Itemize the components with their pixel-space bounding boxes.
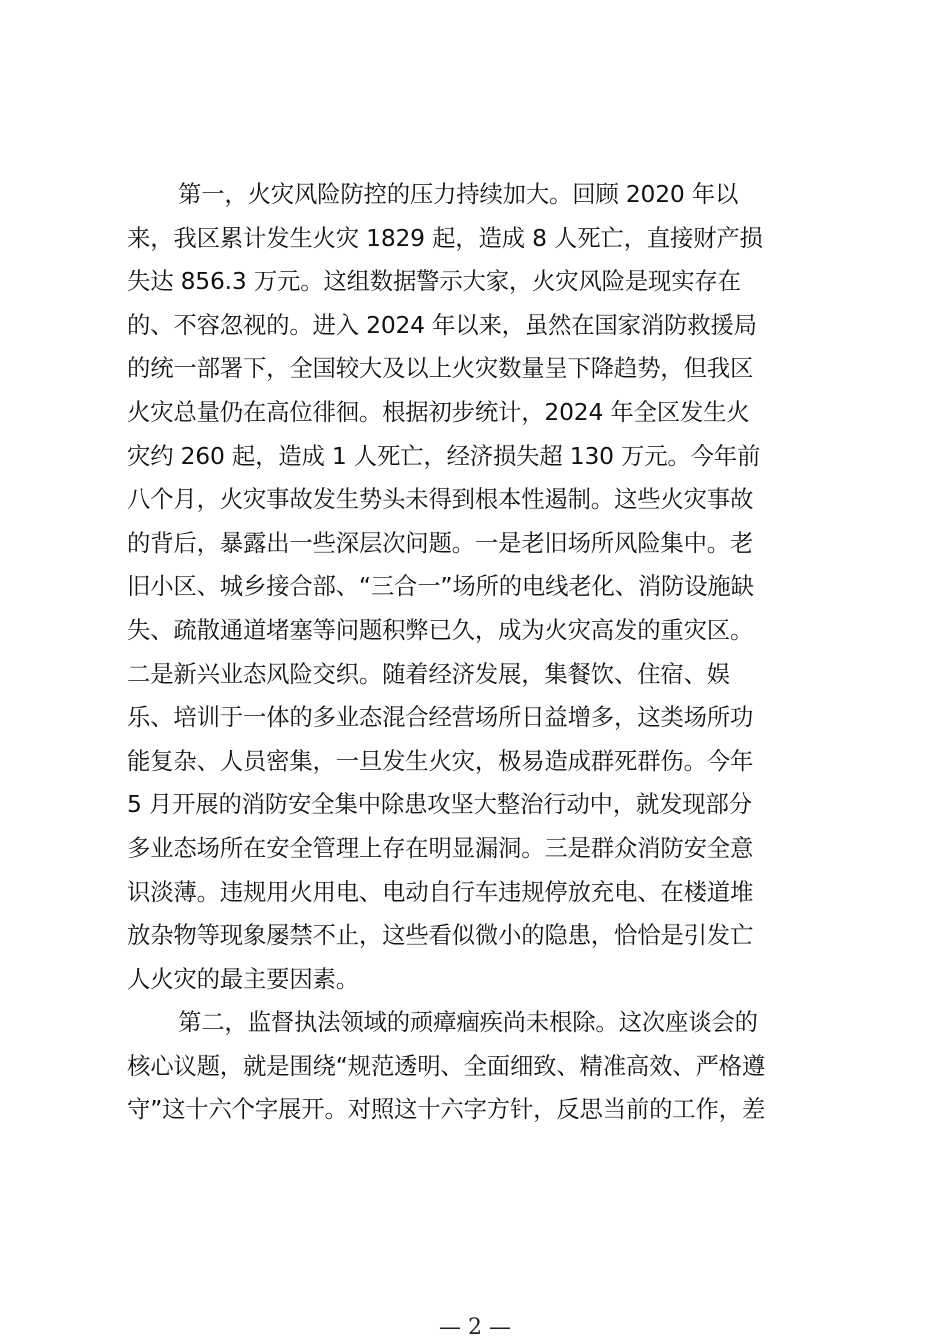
text-line: 放杂物等现象屡禁不止，这些看似微小的隐患，恰恰是引发亡 <box>127 914 837 958</box>
text-line: 能复杂、人员密集，一旦发生火灾，极易造成群死群伤。今年 <box>127 740 837 784</box>
text-line: 识淡薄。违规用火用电、电动自行车违规停放充电、在楼道堆 <box>127 871 837 915</box>
text-line: 守”这十六个字展开。对照这十六字方针，反思当前的工作，差 <box>127 1088 837 1132</box>
text-line: 八个月，火灾事故发生势头未得到根本性遏制。这些火灾事故 <box>127 478 837 522</box>
page-number: — 2 — <box>0 1315 950 1340</box>
text-line: 的统一部署下，全国较大及以上火灾数量呈下降趋势，但我区 <box>127 347 837 391</box>
text-line: 多业态场所在安全管理上存在明显漏洞。三是群众消防安全意 <box>127 827 837 871</box>
paragraph-fire-risk: 第一，火灾风险防控的压力持续加大。回顾 2020 年以 来，我区累计发生火灾 1… <box>127 173 837 1001</box>
text-line: 失达 856.3 万元。这组数据警示大家，火灾风险是现实存在 <box>127 260 837 304</box>
text-line: 二是新兴业态风险交织。随着经济发展，集餐饮、住宿、娱 <box>127 653 837 697</box>
text-line: 核心议题，就是围绕“规范透明、全面细致、精准高效、严格遵 <box>127 1045 837 1089</box>
text-line: 的、不容忽视的。进入 2024 年以来，虽然在国家消防救援局 <box>127 304 837 348</box>
text-line: 来，我区累计发生火灾 1829 起，造成 8 人死亡，直接财产损 <box>127 217 837 261</box>
text-line: 人火灾的最主要因素。 <box>127 958 837 1002</box>
text-line: 乐、培训于一体的多业态混合经营场所日益增多，这类场所功 <box>127 696 837 740</box>
paragraph-enforcement: 第二，监督执法领域的顽瘴痼疾尚未根除。这次座谈会的 核心议题，就是围绕“规范透明… <box>127 1001 837 1132</box>
document-page: 第一，火灾风险防控的压力持续加大。回顾 2020 年以 来，我区累计发生火灾 1… <box>0 0 950 1344</box>
text-line: 的背后，暴露出一些深层次问题。一是老旧场所风险集中。老 <box>127 522 837 566</box>
text-line: 第二，监督执法领域的顽瘴痼疾尚未根除。这次座谈会的 <box>127 1001 837 1045</box>
text-line: 失、疏散通道堵塞等问题积弊已久，成为火灾高发的重灾区。 <box>127 609 837 653</box>
text-line: 第一，火灾风险防控的压力持续加大。回顾 2020 年以 <box>127 173 837 217</box>
text-line: 火灾总量仍在高位徘徊。根据初步统计，2024 年全区发生火 <box>127 391 837 435</box>
document-body: 第一，火灾风险防控的压力持续加大。回顾 2020 年以 来，我区累计发生火灾 1… <box>127 173 837 1132</box>
text-line: 旧小区、城乡接合部、“三合一”场所的电线老化、消防设施缺 <box>127 565 837 609</box>
text-line: 灾约 260 起，造成 1 人死亡，经济损失超 130 万元。今年前 <box>127 435 837 479</box>
text-line: 5 月开展的消防安全集中除患攻坚大整治行动中，就发现部分 <box>127 783 837 827</box>
